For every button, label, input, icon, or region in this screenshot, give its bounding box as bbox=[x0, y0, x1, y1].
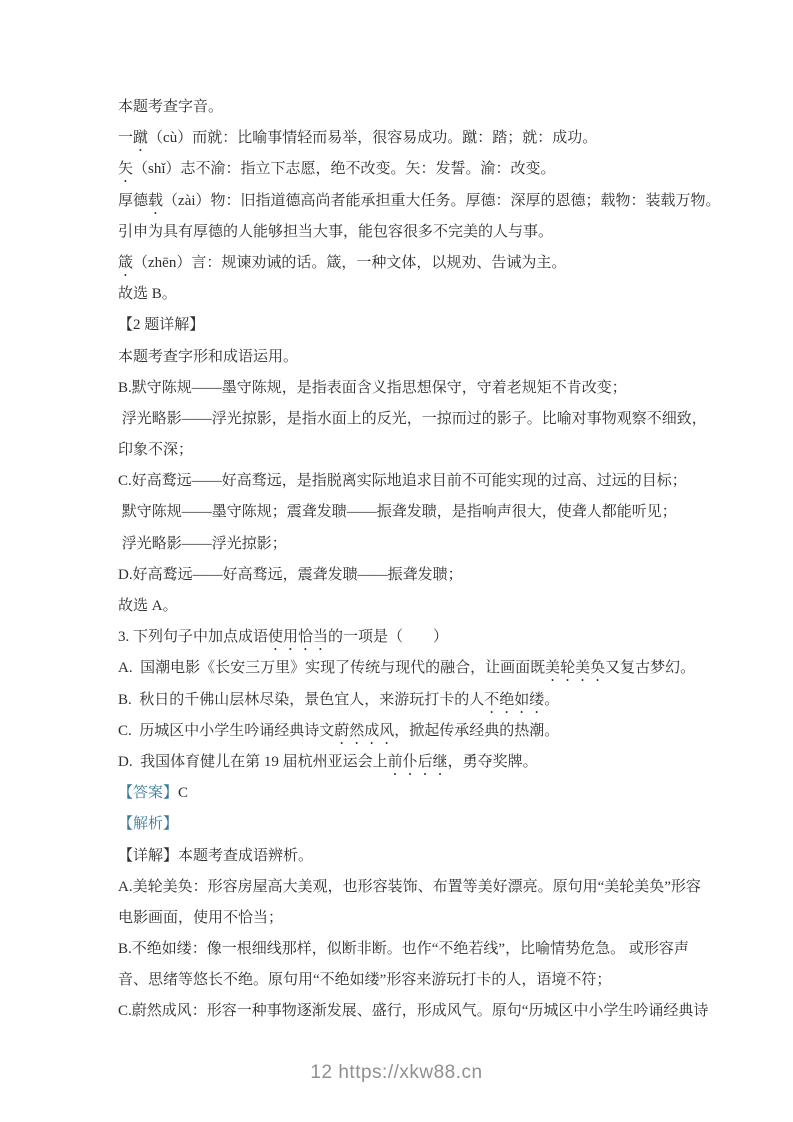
emphasized-text: 前仆后继 bbox=[388, 754, 448, 770]
text-line: 印象不深； bbox=[118, 435, 718, 466]
text-line: 箴（zhēn）言：规谏劝诫的话。箴，一种文体，以规劝、告诫为主。 bbox=[118, 248, 718, 279]
text-segment: 本题考查字形和成语运用。 bbox=[118, 349, 298, 365]
emphasized-text: 使用恰当 bbox=[268, 629, 328, 645]
text-segment: 电影画面，使用不恰当； bbox=[118, 910, 283, 926]
text-line: C. 历城区中小学生吟诵经典诗文蔚然成风，掀起传承经典的热潮。 bbox=[118, 716, 718, 747]
text-line: 默守陈规——墨守陈规；震聋发聩——振聋发聩，是指响声很大，使聋人都能听见； bbox=[118, 497, 718, 528]
document-page: 本题考查字音。一蹴（cù）而就：比喻事情轻而易举，很容易成功。蹴：踏；就：成功。… bbox=[0, 0, 793, 1122]
text-line: A. 国潮电影《长安三万里》实现了传统与现代的融合，让画面既美轮美奂又复古梦幻。 bbox=[118, 653, 718, 684]
text-segment: A. 国潮电影《长安三万里》实现了传统与现代的融合，让画面既 bbox=[118, 660, 545, 676]
text-line: B.不绝如缕：像一根细线那样，似断非断。也作“不绝若线”，比喻情势危急。 或形容… bbox=[118, 934, 718, 965]
text-segment: C.蔚然成风：形容一种事物逐渐发展、盛行，形成风气。原句“历城区中小学生吟诵经典… bbox=[118, 1003, 708, 1019]
emphasized-text: 蔚然成风 bbox=[334, 723, 394, 739]
text-line: 浮光略影——浮光掠影； bbox=[118, 529, 718, 560]
text-line: 矢（shǐ）志不渝：指立下志愿，绝不改变。矢：发誓。渝：改变。 bbox=[118, 154, 718, 185]
text-segment: C bbox=[178, 785, 188, 801]
emphasized-text: 不绝如缕 bbox=[484, 692, 544, 708]
text-segment: D. 我国体育健儿在第 19 届杭州亚运会上 bbox=[118, 754, 388, 770]
page-number: 12 bbox=[310, 1062, 332, 1083]
text-segment: A.美轮美奂：形容房屋高大美观，也形容装饰、布置等美好漂亮。原句用“美轮美奂”形… bbox=[118, 879, 701, 895]
text-line: 故选 B。 bbox=[118, 279, 718, 310]
text-line: C.蔚然成风：形容一种事物逐渐发展、盛行，形成风气。原句“历城区中小学生吟诵经典… bbox=[118, 996, 718, 1027]
text-segment: B.默守陈规——墨守陈规，是指表面含义指思想保守，守着老规矩不肯改变； bbox=[118, 380, 627, 396]
text-segment: 故选 B。 bbox=[118, 286, 177, 302]
text-line: B.默守陈规——墨守陈规，是指表面含义指思想保守，守着老规矩不肯改变； bbox=[118, 373, 718, 404]
text-segment: 引申为具有厚德的人能够担当大事，能包容很多不完美的人与事。 bbox=[118, 224, 553, 240]
text-line: 本题考查字音。 bbox=[118, 92, 718, 123]
text-segment: B. 秋日的千佛山层林尽染，景色宜人，来游玩打卡的人 bbox=[118, 692, 484, 708]
text-segment: （cù）而就：比喻事情轻而易举，很容易成功。蹴：踏；就：成功。 bbox=[148, 130, 597, 146]
text-segment: C. 历城区中小学生吟诵经典诗文 bbox=[118, 723, 334, 739]
text-line: 【详解】本题考查成语辨析。 bbox=[118, 841, 718, 872]
text-segment: 。 bbox=[544, 692, 559, 708]
text-segment: （zhēn）言：规谏劝诫的话。箴，一种文体，以规劝、告诫为主。 bbox=[133, 255, 566, 271]
emphasized-text: 蹴 bbox=[133, 130, 148, 146]
text-segment: （shǐ）志不渝：指立下志愿，绝不改变。矢：发誓。渝：改变。 bbox=[133, 161, 556, 177]
text-segment: ，勇夺奖牌。 bbox=[448, 754, 538, 770]
text-segment: B.不绝如缕：像一根细线那样，似断非断。也作“不绝若线”，比喻情势危急。 或形容… bbox=[118, 941, 689, 957]
accent-label: 【解析】 bbox=[118, 816, 178, 832]
text-segment: 音、思绪等悠长不绝。原句用“不绝如缕”形容来游玩打卡的人，语境不符； bbox=[118, 972, 611, 988]
text-segment: 的一项是（ ） bbox=[328, 629, 448, 645]
page-footer: 12 https://xkw88.cn bbox=[0, 1062, 793, 1084]
text-line: 一蹴（cù）而就：比喻事情轻而易举，很容易成功。蹴：踏；就：成功。 bbox=[118, 123, 718, 154]
text-segment: （zài）物：旧指道德高尚者能承担重大任务。厚德：深厚的恩德；载物：装载万物。 bbox=[163, 193, 721, 209]
emphasized-text: 载 bbox=[148, 193, 163, 209]
text-segment: 浮光略影——浮光掠影，是指水面上的反光，一掠而过的影子。比喻对事物观察不细致， bbox=[118, 411, 707, 427]
text-segment: ，掀起传承经典的热潮。 bbox=[394, 723, 559, 739]
text-segment: 【详解】本题考查成语辨析。 bbox=[118, 848, 313, 864]
document-lines: 本题考查字音。一蹴（cù）而就：比喻事情轻而易举，很容易成功。蹴：踏；就：成功。… bbox=[118, 92, 718, 1028]
text-line: 3. 下列句子中加点成语使用恰当的一项是（ ） bbox=[118, 622, 718, 653]
text-line: D.好高鹜远——好高骛远，震聋发聩——振聋发聩； bbox=[118, 560, 718, 591]
accent-label: 【答案】 bbox=[118, 785, 178, 801]
text-line: D. 我国体育健儿在第 19 届杭州亚运会上前仆后继，勇夺奖牌。 bbox=[118, 747, 718, 778]
text-segment: 本题考查字音。 bbox=[118, 99, 223, 115]
text-line: B. 秋日的千佛山层林尽染，景色宜人，来游玩打卡的人不绝如缕。 bbox=[118, 685, 718, 716]
text-segment: 浮光略影——浮光掠影； bbox=[118, 536, 287, 552]
text-segment: D.好高鹜远——好高骛远，震聋发聩——振聋发聩； bbox=[118, 567, 463, 583]
text-line: 浮光略影——浮光掠影，是指水面上的反光，一掠而过的影子。比喻对事物观察不细致， bbox=[118, 404, 718, 435]
text-line: 【解析】 bbox=[118, 809, 718, 840]
text-line: 音、思绪等悠长不绝。原句用“不绝如缕”形容来游玩打卡的人，语境不符； bbox=[118, 965, 718, 996]
emphasized-text: 矢 bbox=[118, 161, 133, 177]
text-line: 【2 题详解】 bbox=[118, 310, 718, 341]
text-segment: 厚德 bbox=[118, 193, 148, 209]
text-line: C.好高鹜远——好高骛远，是指脱离实际地追求目前不可能实现的过高、过远的目标； bbox=[118, 466, 718, 497]
emphasized-text: 箴 bbox=[118, 255, 133, 271]
text-segment: C.好高鹜远——好高骛远，是指脱离实际地追求目前不可能实现的过高、过远的目标； bbox=[118, 473, 687, 489]
emphasized-text: 美轮美奂 bbox=[545, 660, 605, 676]
text-line: 引申为具有厚德的人能够担当大事，能包容很多不完美的人与事。 bbox=[118, 217, 718, 248]
text-line: 故选 A。 bbox=[118, 591, 718, 622]
text-line: 本题考查字形和成语运用。 bbox=[118, 342, 718, 373]
text-segment: 又复古梦幻。 bbox=[605, 660, 695, 676]
watermark-url: https://xkw88.cn bbox=[338, 1062, 482, 1083]
text-segment: 【2 题详解】 bbox=[118, 317, 204, 333]
text-line: 【答案】C bbox=[118, 778, 718, 809]
text-line: 电影画面，使用不恰当； bbox=[118, 903, 718, 934]
text-line: A.美轮美奂：形容房屋高大美观，也形容装饰、布置等美好漂亮。原句用“美轮美奂”形… bbox=[118, 872, 718, 903]
text-segment: 故选 A。 bbox=[118, 598, 178, 614]
text-line: 厚德载（zài）物：旧指道德高尚者能承担重大任务。厚德：深厚的恩德；载物：装载万… bbox=[118, 186, 718, 217]
text-segment: 默守陈规——墨守陈规；震聋发聩——振聋发聩，是指响声很大，使聋人都能听见； bbox=[118, 504, 677, 520]
text-segment: 印象不深； bbox=[118, 442, 193, 458]
text-segment: 一 bbox=[118, 130, 133, 146]
text-segment: 3. 下列句子中加点成语 bbox=[118, 629, 268, 645]
